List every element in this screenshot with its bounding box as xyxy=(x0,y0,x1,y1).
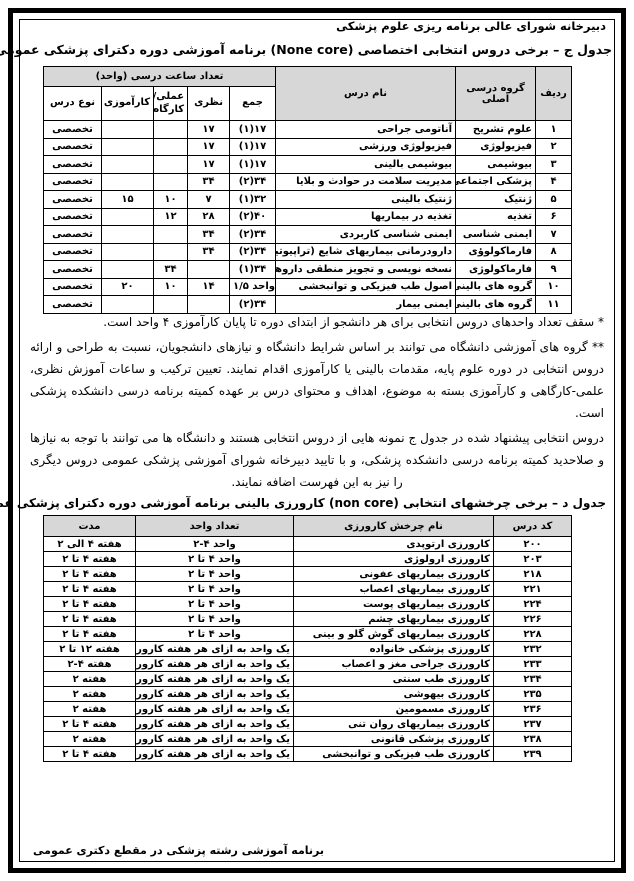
cell-theory: ۱۷ xyxy=(188,138,230,156)
cell-course-name: ژنتیک بالینی xyxy=(276,191,456,209)
cell-theory: ۲۸ xyxy=(188,208,230,226)
cell-rotation-name: کارورزی بیماریهای چشم xyxy=(294,612,494,627)
course-row: ۵ژنتیکژنتیک بالینی(۱)۳۲۷۱۰۱۵تخصصی xyxy=(44,191,572,209)
cell-rotation-name: کارورزی طب سنتی xyxy=(294,672,494,687)
cell-main-group: فارماکولوژی xyxy=(456,261,536,279)
cell-internship xyxy=(102,138,154,156)
rotation-row: ۲۳۴کارورزی طب سنتییک واحد به ازای هر هفت… xyxy=(44,672,572,687)
course-row: ۸فارماکولوؤیدارودرمانی بیماریهای شایع (ت… xyxy=(44,243,572,261)
cell-course-type: تخصصی xyxy=(44,173,102,191)
cell-practical xyxy=(154,138,188,156)
cell-course-code: ۲۲۶ xyxy=(494,612,572,627)
cell-duration: ۲ تا ۴ هفته xyxy=(44,747,136,762)
cell-duration: ۲‎-‎۴ هفته xyxy=(44,657,136,672)
cell-rotation-name: کارورزی بیماریهای عفونی xyxy=(294,567,494,582)
elective-courses-table-body: ۱علوم تشریحآناتومی جراحی(۱)۱۷۱۷تخصصی۲فیز… xyxy=(44,121,572,314)
cell-theory: ۱۷ xyxy=(188,121,230,139)
elective-rotations-table-body: ۲۰۰کارورزی ارتوپدی۲‎-‎۴ واحد۲ الی ۴ هفته… xyxy=(44,537,572,762)
cell-theory: ۱۷ xyxy=(188,156,230,174)
cell-units: یک واحد به ازای هر هفته کارورزی xyxy=(136,702,294,717)
cell-radif: ۴ xyxy=(536,173,572,191)
cell-duration: ۲ هفته xyxy=(44,672,136,687)
cell-course-code: ۲۳۲ xyxy=(494,642,572,657)
cell-units: ۲ تا ۴ واحد xyxy=(136,627,294,642)
course-row: ۹فارماکولوژینسخه نویسی و تجویز منطقی دار… xyxy=(44,261,572,279)
rotation-header-row: کد درسنام چرخش کارورزیتعداد واحدمدت xyxy=(44,516,572,537)
cell-course-code: ۲۰۳ xyxy=(494,552,572,567)
cell-radif: ۹ xyxy=(536,261,572,279)
rotation-row: ۲۲۸کارورزی بیماریهای گوش گلو و بینی۲ تا … xyxy=(44,627,572,642)
cell-rotation-name: کارورزی پزشکی خانواده xyxy=(294,642,494,657)
cell-main-group: ژنتیک xyxy=(456,191,536,209)
cell-rotation-name: کارورزی ارولوژی xyxy=(294,552,494,567)
header-practical-workshop: عملی/ کارگاه xyxy=(154,87,188,121)
cell-main-group: فارماکولوؤی xyxy=(456,243,536,261)
cell-course-type: تخصصی xyxy=(44,121,102,139)
cell-theory: ۱۴ xyxy=(188,278,230,296)
cell-radif: ۳ xyxy=(536,156,572,174)
rotation-row: ۲۳۵کارورزی بیهوشییک واحد به ازای هر هفته… xyxy=(44,687,572,702)
cell-course-code: ۲۳۷ xyxy=(494,717,572,732)
cell-units: یک واحد به ازای هر هفته کارورزی xyxy=(136,672,294,687)
cell-course-type: تخصصی xyxy=(44,138,102,156)
note-unit-cap: * سقف تعداد واحدهای دروس انتخابی برای هر… xyxy=(30,311,604,333)
rotation-row: ۲۳۸کارورزی پزشکی قانونییک واحد به ازای ه… xyxy=(44,732,572,747)
cell-units: یک واحد به ازای هر هفته کارورزی xyxy=(136,642,294,657)
course-row: ۶تغذیهتغذیه در بیماریها(۲)۴۰۲۸۱۲تخصصی xyxy=(44,208,572,226)
header-rotation-name: نام چرخش کارورزی xyxy=(294,516,494,537)
cell-course-code: ۲۳۶ xyxy=(494,702,572,717)
cell-total: (۲)۳۴ xyxy=(230,173,276,191)
cell-duration: ۲ تا ۴ هفته xyxy=(44,552,136,567)
cell-course-name: ایمنی شناسی کاربردی xyxy=(276,226,456,244)
cell-internship xyxy=(102,173,154,191)
cell-practical: ۱۰ xyxy=(154,191,188,209)
cell-units: ۲‎-‎۴ واحد xyxy=(136,537,294,552)
rotation-row: ۲۲۶کارورزی بیماریهای چشم۲ تا ۴ واحد۲ تا … xyxy=(44,612,572,627)
cell-internship xyxy=(102,121,154,139)
document-header: دبیرخانه شورای عالی برنامه ریزی علوم پزش… xyxy=(20,19,606,33)
cell-duration: ۲ هفته xyxy=(44,702,136,717)
cell-course-code: ۲۳۳ xyxy=(494,657,572,672)
cell-internship xyxy=(102,156,154,174)
header-course-name: نام درس xyxy=(276,67,456,121)
course-row: ۲فیزیولوژیفیزیولوژی ورزشی(۱)۱۷۱۷تخصصی xyxy=(44,138,572,156)
rotation-row: ۲۳۳کارورزی جراحی مغز و اعصابیک واحد به ا… xyxy=(44,657,572,672)
cell-duration: ۲ تا ۴ هفته xyxy=(44,717,136,732)
cell-course-type: تخصصی xyxy=(44,278,102,296)
course-row: ۱علوم تشریحآناتومی جراحی(۱)۱۷۱۷تخصصی xyxy=(44,121,572,139)
cell-course-code: ۲۳۵ xyxy=(494,687,572,702)
cell-course-code: ۲۲۱ xyxy=(494,582,572,597)
cell-practical xyxy=(154,156,188,174)
cell-duration: ۲ تا ۴ هفته xyxy=(44,582,136,597)
cell-theory: ۳۴ xyxy=(188,173,230,191)
cell-total: ۱/۵ واحد xyxy=(230,278,276,296)
cell-duration: ۲ تا ۴ هفته xyxy=(44,612,136,627)
cell-course-type: تخصصی xyxy=(44,243,102,261)
cell-course-name: مدیریت سلامت در حوادث و بلایا xyxy=(276,173,456,191)
cell-theory xyxy=(188,261,230,279)
elective-rotations-table: کد درسنام چرخش کارورزیتعداد واحدمدت ۲۰۰ک… xyxy=(43,515,572,762)
cell-rotation-name: کارورزی پزشکی قانونی xyxy=(294,732,494,747)
cell-duration: ۲ تا ۱۲ هفته xyxy=(44,642,136,657)
header-main-group: گروه درسی اصلی xyxy=(456,67,536,121)
cell-rotation-name: کارورزی بیماریهای روان تنی xyxy=(294,717,494,732)
cell-rotation-name: کارورزی بیماریهای پوست xyxy=(294,597,494,612)
cell-course-code: ۲۳۴ xyxy=(494,672,572,687)
cell-radif: ۷ xyxy=(536,226,572,244)
cell-units: یک واحد به ازای هر هفته کارورزی xyxy=(136,687,294,702)
cell-duration: ۲ تا ۴ هفته xyxy=(44,597,136,612)
cell-total: (۱)۱۷ xyxy=(230,121,276,139)
cell-internship: ۲۰ xyxy=(102,278,154,296)
cell-total: (۱)۱۷ xyxy=(230,156,276,174)
cell-rotation-name: کارورزی مسمومین xyxy=(294,702,494,717)
course-row: ۱۰گروه های بالینیاصول طب فیزیکی و توانبخ… xyxy=(44,278,572,296)
cell-duration: ۲ تا ۴ هفته xyxy=(44,567,136,582)
cell-course-code: ۲۳۸ xyxy=(494,732,572,747)
cell-main-group: علوم تشریح xyxy=(456,121,536,139)
cell-course-name: اصول طب فیزیکی و توانبخشی xyxy=(276,278,456,296)
cell-main-group: پزشکی اجتماعی xyxy=(456,173,536,191)
cell-practical: ۳۴ xyxy=(154,261,188,279)
cell-course-name: نسخه نویسی و تجویز منطقی داروها xyxy=(276,261,456,279)
cell-internship: ۱۵ xyxy=(102,191,154,209)
cell-main-group: تغذیه xyxy=(456,208,536,226)
cell-course-code: ۲۲۸ xyxy=(494,627,572,642)
cell-practical: ۱۲ xyxy=(154,208,188,226)
elective-courses-table-header: ردیفگروه درسی اصلینام درستعداد ساعت درسی… xyxy=(44,67,572,121)
rotation-row: ۲۲۱کارورزی بیماریهای اعصاب۲ تا ۴ واحد۲ ت… xyxy=(44,582,572,597)
header-course-code: کد درس xyxy=(494,516,572,537)
cell-rotation-name: کارورزی بیهوشی xyxy=(294,687,494,702)
cell-duration: ۲ الی ۴ هفته xyxy=(44,537,136,552)
cell-course-code: ۲۱۸ xyxy=(494,567,572,582)
cell-internship xyxy=(102,261,154,279)
cell-units: یک واحد به ازای هر هفته کارورزی xyxy=(136,717,294,732)
elective-courses-table: ردیفگروه درسی اصلینام درستعداد ساعت درسی… xyxy=(43,66,572,314)
cell-course-type: تخصصی xyxy=(44,191,102,209)
cell-units: ۲ تا ۴ واحد xyxy=(136,552,294,567)
cell-main-group: ایمنی شناسی xyxy=(456,226,536,244)
cell-rotation-name: کارورزی طب فیزیکی و توانبخشی xyxy=(294,747,494,762)
cell-course-type: تخصصی xyxy=(44,208,102,226)
cell-course-name: دارودرمانی بیماریهای شایع (تراپیوتیک) xyxy=(276,243,456,261)
header-theory: نظری xyxy=(188,87,230,121)
cell-duration: ۲ هفته xyxy=(44,687,136,702)
rotation-row: ۲۲۴کارورزی بیماریهای پوست۲ تا ۴ واحد۲ تا… xyxy=(44,597,572,612)
header-hours-units: تعداد ساعت درسی (واحد) xyxy=(44,67,276,87)
cell-radif: ۱ xyxy=(536,121,572,139)
cell-total: (۲)۳۴ xyxy=(230,243,276,261)
cell-course-code: ۲۲۴ xyxy=(494,597,572,612)
header-row-1: ردیفگروه درسی اصلینام درستعداد ساعت درسی… xyxy=(44,67,572,87)
cell-units: ۲ تا ۴ واحد xyxy=(136,582,294,597)
notes-block: * سقف تعداد واحدهای دروس انتخابی برای هر… xyxy=(30,311,604,496)
cell-internship xyxy=(102,226,154,244)
header-internship: کارآموزی xyxy=(102,87,154,121)
cell-rotation-name: کارورزی بیماریهای اعصاب xyxy=(294,582,494,597)
rotation-row: ۲۳۲کارورزی پزشکی خانوادهیک واحد به ازای … xyxy=(44,642,572,657)
cell-rotation-name: کارورزی ارتوپدی xyxy=(294,537,494,552)
cell-radif: ۱۰ xyxy=(536,278,572,296)
rotation-row: ۲۳۷کارورزی بیماریهای روان تنییک واحد به … xyxy=(44,717,572,732)
cell-rotation-name: کارورزی بیماریهای گوش گلو و بینی xyxy=(294,627,494,642)
cell-main-group: گروه های بالینی xyxy=(456,278,536,296)
cell-total: (۱)۱۷ xyxy=(230,138,276,156)
cell-course-name: تغذیه در بیماریها xyxy=(276,208,456,226)
header-duration: مدت xyxy=(44,516,136,537)
cell-total: (۲)۴۰ xyxy=(230,208,276,226)
cell-units: یک واحد به ازای هر هفته کارورزی xyxy=(136,657,294,672)
cell-course-type: تخصصی xyxy=(44,226,102,244)
header-units-count: تعداد واحد xyxy=(136,516,294,537)
cell-practical xyxy=(154,173,188,191)
note-additional-courses: دروس انتخابی پیشنهاد شده در جدول ج نمونه… xyxy=(30,427,604,493)
cell-units: ۲ تا ۴ واحد xyxy=(136,597,294,612)
cell-course-type: تخصصی xyxy=(44,261,102,279)
cell-practical xyxy=(154,243,188,261)
cell-course-name: آناتومی جراحی xyxy=(276,121,456,139)
course-row: ۳بیوشیمیبیوشیمی بالینی(۱)۱۷۱۷تخصصی xyxy=(44,156,572,174)
cell-radif: ۵ xyxy=(536,191,572,209)
rotation-row: ۲۰۳کارورزی ارولوژی۲ تا ۴ واحد۲ تا ۴ هفته xyxy=(44,552,572,567)
header-total: جمع xyxy=(230,87,276,121)
cell-theory: ۷ xyxy=(188,191,230,209)
cell-course-type: تخصصی xyxy=(44,156,102,174)
cell-radif: ۲ xyxy=(536,138,572,156)
cell-units: یک واحد به ازای هر هفته کارورزی xyxy=(136,747,294,762)
header-radif: ردیف xyxy=(536,67,572,121)
cell-course-name: فیزیولوژی ورزشی xyxy=(276,138,456,156)
rotation-row: ۲۳۶کارورزی مسمومینیک واحد به ازای هر هفت… xyxy=(44,702,572,717)
cell-practical xyxy=(154,226,188,244)
cell-radif: ۶ xyxy=(536,208,572,226)
table-d-title: جدول د – برخی چرخشهای انتخابی (non core)… xyxy=(20,496,606,510)
table-j-title: جدول ج – برخی دروس انتخابی اختصاصی (None… xyxy=(22,42,612,57)
header-course-type: نوع درس xyxy=(44,87,102,121)
cell-total: (۱)۳۴ xyxy=(230,261,276,279)
elective-rotations-table-header: کد درسنام چرخش کارورزیتعداد واحدمدت xyxy=(44,516,572,537)
cell-total: (۱)۳۲ xyxy=(230,191,276,209)
rotation-row: ۲۳۹کارورزی طب فیزیکی و توانبخشییک واحد ب… xyxy=(44,747,572,762)
cell-theory: ۳۴ xyxy=(188,243,230,261)
cell-course-name: بیوشیمی بالینی xyxy=(276,156,456,174)
cell-internship xyxy=(102,208,154,226)
rotation-row: ۲۰۰کارورزی ارتوپدی۲‎-‎۴ واحد۲ الی ۴ هفته xyxy=(44,537,572,552)
note-departments: ** گروه های آموزشی دانشگاه می توانند بر … xyxy=(30,336,604,424)
cell-theory: ۳۴ xyxy=(188,226,230,244)
cell-radif: ۸ xyxy=(536,243,572,261)
cell-course-code: ۲۳۹ xyxy=(494,747,572,762)
cell-internship xyxy=(102,243,154,261)
cell-practical: ۱۰ xyxy=(154,278,188,296)
course-row: ۷ایمنی شناسیایمنی شناسی کاربردی(۲)۳۴۳۴تخ… xyxy=(44,226,572,244)
cell-units: ۲ تا ۴ واحد xyxy=(136,612,294,627)
rotation-row: ۲۱۸کارورزی بیماریهای عفونی۲ تا ۴ واحد۲ ت… xyxy=(44,567,572,582)
course-row: ۴پزشکی اجتماعیمدیریت سلامت در حوادث و بل… xyxy=(44,173,572,191)
cell-total: (۲)۳۴ xyxy=(230,226,276,244)
cell-practical xyxy=(154,121,188,139)
cell-rotation-name: کارورزی جراحی مغز و اعصاب xyxy=(294,657,494,672)
cell-units: ۲ تا ۴ واحد xyxy=(136,567,294,582)
document-footer: برنامه آموزشی رشته پزشکی در مقطع دکتری ع… xyxy=(33,844,324,857)
cell-main-group: فیزیولوژی xyxy=(456,138,536,156)
cell-units: یک واحد به ازای هر هفته کارورزی xyxy=(136,732,294,747)
cell-course-code: ۲۰۰ xyxy=(494,537,572,552)
cell-duration: ۲ هفته xyxy=(44,732,136,747)
cell-main-group: بیوشیمی xyxy=(456,156,536,174)
cell-duration: ۲ تا ۴ هفته xyxy=(44,627,136,642)
